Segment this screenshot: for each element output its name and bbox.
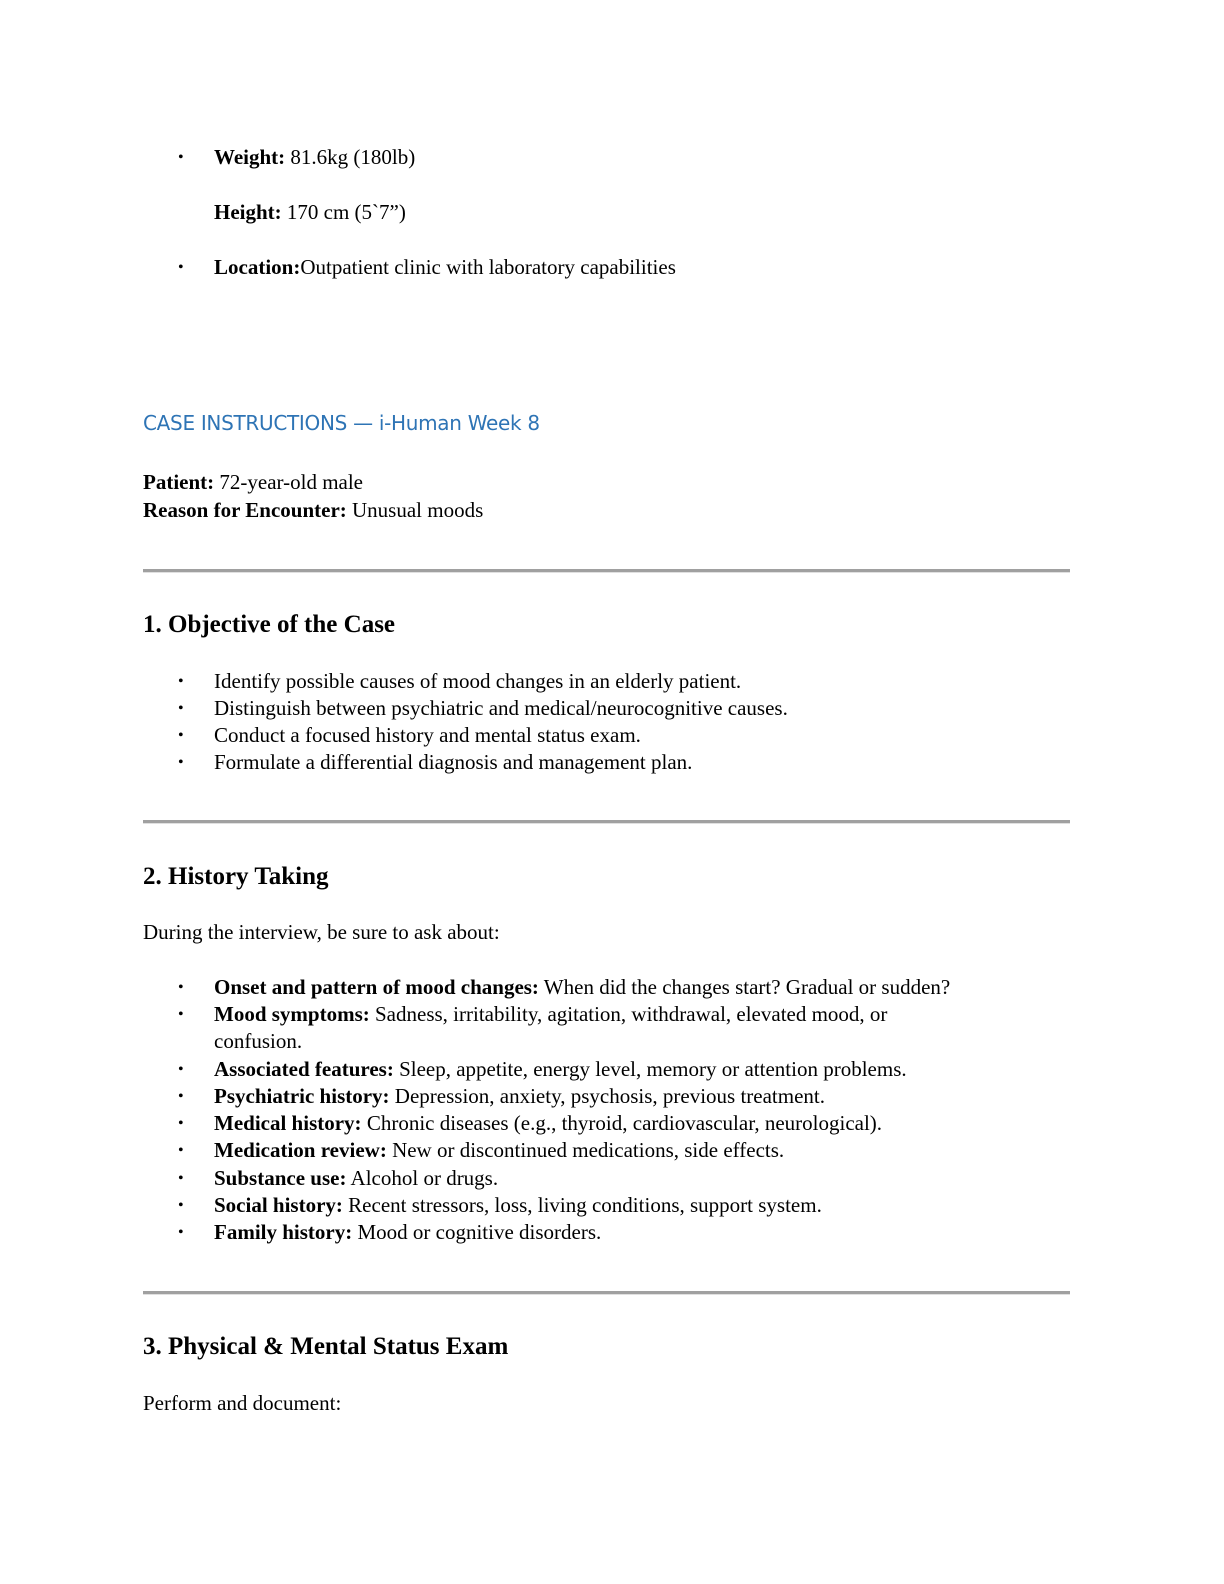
history-item-label: Medication review: [214,1138,387,1162]
history-item-text: Recent stressors, loss, living condition… [343,1193,822,1217]
bullet-icon: • [178,1197,184,1215]
case-subtitle: CASE INSTRUCTIONS — i-Human Week 8 [143,411,540,435]
bullet-icon: • [178,259,184,277]
section2-intro: During the interview, be sure to ask abo… [143,922,500,943]
history-item-text: Depression, anxiety, psychosis, previous… [390,1084,825,1108]
bullet-icon: • [178,1006,184,1024]
bullet-icon: • [178,1142,184,1160]
bullet-icon: • [178,1224,184,1242]
history-item-label: Family history: [214,1220,352,1244]
height-value: 170 cm (5`7”) [282,200,406,224]
history-item: Associated features: Sleep, appetite, en… [214,1059,907,1080]
history-item-text: Chronic diseases (e.g., thyroid, cardiov… [362,1111,883,1135]
divider [143,820,1070,824]
history-item-label: Medical history: [214,1111,362,1135]
history-item-text: When did the changes start? Gradual or s… [539,975,950,999]
patient-value: 72-year-old male [214,470,363,494]
location-item: Location:Outpatient clinic with laborato… [214,257,676,278]
bullet-icon: • [178,1170,184,1188]
weight-label: Weight: [214,145,285,169]
history-item: Psychiatric history: Depression, anxiety… [214,1086,825,1107]
history-item: Social history: Recent stressors, loss, … [214,1195,822,1216]
bullet-icon: • [178,149,184,167]
history-item-label: Associated features: [214,1057,394,1081]
patient-label: Patient: [143,470,214,494]
section3-intro: Perform and document: [143,1393,341,1414]
divider [143,1291,1070,1295]
bullet-icon: • [178,1061,184,1079]
objective-item: Formulate a differential diagnosis and m… [214,752,692,773]
bullet-icon: • [178,1088,184,1106]
reason-line: Reason for Encounter: Unusual moods [143,500,483,521]
bullet-icon: • [178,1115,184,1133]
height-label: Height: [214,200,282,224]
divider [143,569,1070,573]
history-item: Onset and pattern of mood changes: When … [214,977,950,998]
history-item-label: Substance use: [214,1166,346,1190]
history-item-text: New or discontinued medications, side ef… [387,1138,784,1162]
history-item-label: Mood symptoms: [214,1002,370,1026]
height-item: Height: 170 cm (5`7”) [214,202,406,223]
reason-value: Unusual moods [347,498,484,522]
history-item-label: Social history: [214,1193,343,1217]
bullet-icon: • [178,727,184,745]
objective-item: Conduct a focused history and mental sta… [214,725,641,746]
bullet-icon: • [178,979,184,997]
patient-line: Patient: 72-year-old male [143,472,363,493]
history-item-label: Psychiatric history: [214,1084,390,1108]
bullet-icon: • [178,754,184,772]
section1-heading: 1. Objective of the Case [143,612,395,637]
section2-heading: 2. History Taking [143,864,328,889]
section3-heading: 3. Physical & Mental Status Exam [143,1334,508,1359]
history-item-label: Onset and pattern of mood changes: [214,975,539,999]
weight-value: 81.6kg (180lb) [285,145,415,169]
bullet-icon: • [178,700,184,718]
history-item-text: Alcohol or drugs. [346,1166,498,1190]
history-item: Medication review: New or discontinued m… [214,1140,784,1161]
weight-item: Weight: 81.6kg (180lb) [214,147,415,168]
history-item-text: Sadness, irritability, agitation, withdr… [370,1002,888,1026]
history-item: Mood symptoms: Sadness, irritability, ag… [214,1004,887,1025]
history-item: Substance use: Alcohol or drugs. [214,1168,498,1189]
history-item-text: Sleep, appetite, energy level, memory or… [394,1057,907,1081]
reason-label: Reason for Encounter: [143,498,347,522]
bullet-icon: • [178,673,184,691]
objective-item: Identify possible causes of mood changes… [214,671,741,692]
location-label: Location: [214,255,300,279]
history-item: Medical history: Chronic diseases (e.g.,… [214,1113,882,1134]
history-item-continuation: confusion. [214,1031,302,1052]
history-item-text: Mood or cognitive disorders. [352,1220,601,1244]
objective-item: Distinguish between psychiatric and medi… [214,698,788,719]
location-value: Outpatient clinic with laboratory capabi… [300,255,676,279]
history-item: Family history: Mood or cognitive disord… [214,1222,601,1243]
